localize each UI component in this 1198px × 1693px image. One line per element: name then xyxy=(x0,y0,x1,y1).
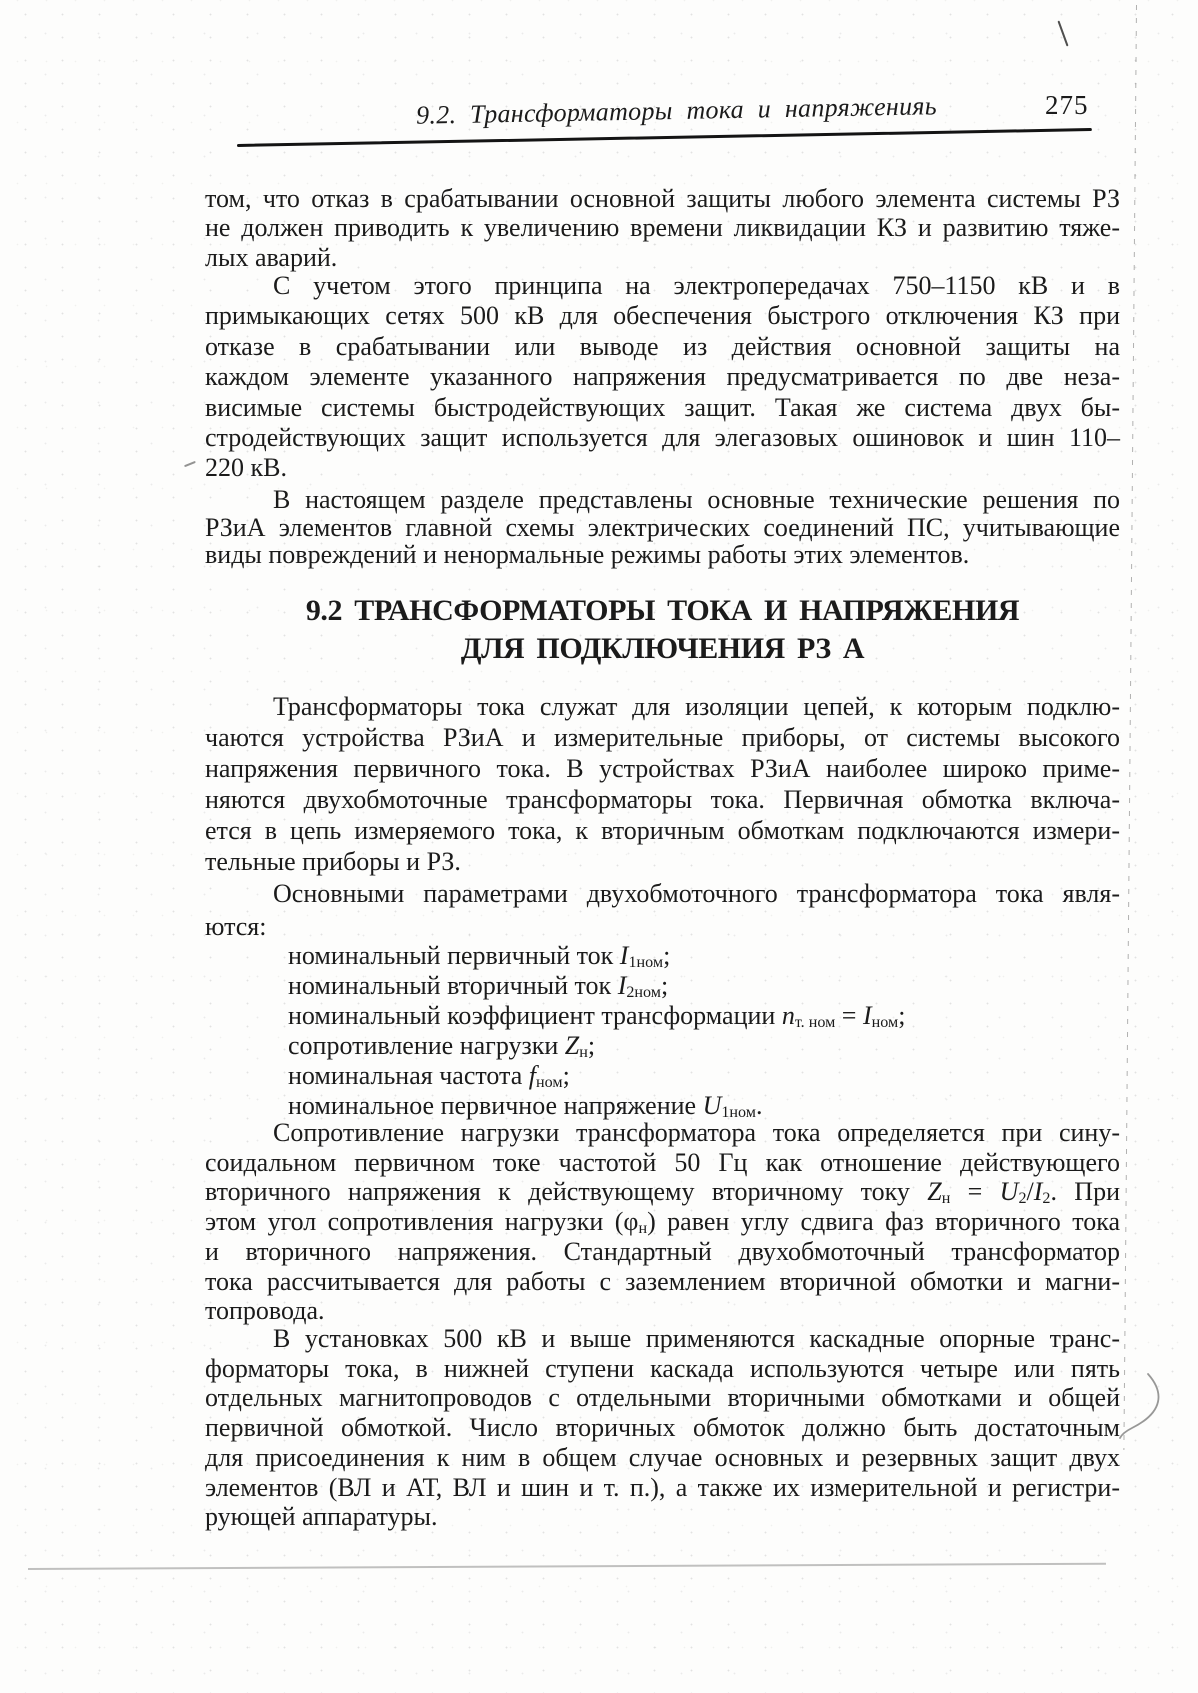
text-line: ется в цепь измеряемого тока, к вторичны… xyxy=(205,815,1120,846)
text-line: первичной обмоткой. Число вторичных обмо… xyxy=(205,1413,1120,1443)
text-line: ДЛЯ ПОДКЛЮЧЕНИЯ РЗ А xyxy=(205,630,1120,668)
text-line: тельные приборы и РЗ. xyxy=(205,846,1120,877)
text-line: лых аварий. xyxy=(205,243,1120,272)
para-ct-parameters-intro: Основными параметрами двухобмоточного тр… xyxy=(205,877,1120,943)
text-line: форматоры тока, в нижней ступени каскада… xyxy=(205,1354,1120,1384)
text-line: и вторичного напряжения. Стандартный дву… xyxy=(205,1237,1120,1267)
text-line: РЗиА элементов главной схемы электрическ… xyxy=(205,514,1120,542)
text-line: каждом элементе указанного напряжения пр… xyxy=(205,362,1120,392)
para-intro-continuation: том, что отказ в срабатывании основной з… xyxy=(205,184,1120,272)
section-heading: 9.2 ТРАНСФОРМАТОРЫ ТОКА И НАПРЯЖЕНИЯДЛЯ … xyxy=(205,592,1120,668)
text-line: тока рассчитывается для работы с заземле… xyxy=(205,1267,1120,1297)
text-line: рующей аппаратуры. xyxy=(205,1502,1120,1532)
para-cascade-ct: В установках 500 кВ и выше применяются к… xyxy=(205,1324,1120,1532)
text-line: В установках 500 кВ и выше применяются к… xyxy=(205,1324,1120,1354)
page-number: 275 xyxy=(1045,90,1089,121)
text-line: Трансформаторы тока служат для изоляции … xyxy=(205,691,1120,722)
scan-bottom-rule xyxy=(28,1563,1106,1570)
text-line: С учетом этого принципа на электропереда… xyxy=(205,271,1120,301)
para-load-impedance: Сопротивление нагрузки трансформатора то… xyxy=(205,1118,1120,1326)
parameter-list: номинальный первичный ток I1ном;номиналь… xyxy=(205,941,1120,1121)
text-line: номинальное первичное напряжение U1ном. xyxy=(205,1091,1120,1121)
text-line: топровода. xyxy=(205,1296,1120,1326)
scan-dashed-margin-line xyxy=(1123,5,1137,1450)
text-line: примыкающих сетях 500 кВ для обеспечения… xyxy=(205,301,1120,331)
text-line: номинальный вторичный ток I2ном; xyxy=(205,971,1120,1001)
text-line: соидальном первичном токе частотой 50 Гц… xyxy=(205,1148,1120,1178)
text-line: напряжения первичного тока. В устройства… xyxy=(205,753,1120,784)
text-line: этом угол сопротивления нагрузки (φн) ра… xyxy=(205,1207,1120,1237)
para-protection-principle: С учетом этого принципа на электропереда… xyxy=(205,271,1120,484)
text-line: ются: xyxy=(205,910,1120,943)
text-line: виды повреждений и ненормальные режимы р… xyxy=(205,541,1120,569)
text-line: 220 кВ. xyxy=(205,453,1120,483)
text-line: отдельных магнитопроводов с отдельными в… xyxy=(205,1383,1120,1413)
para-ct-purpose: Трансформаторы тока служат для изоляции … xyxy=(205,691,1120,877)
text-line: Сопротивление нагрузки трансформатора то… xyxy=(205,1118,1120,1148)
scan-dash-mark-left xyxy=(184,461,196,468)
para-section-intro: В настоящем разделе представлены основны… xyxy=(205,486,1120,569)
text-line: том, что отказ в срабатывании основной з… xyxy=(205,184,1120,213)
text-line: номинальный первичный ток I1ном; xyxy=(205,941,1120,971)
scan-mark-top-right xyxy=(1057,20,1068,46)
text-line: чаются устройства РЗиА и измерительные п… xyxy=(205,722,1120,753)
text-line: для присоединения к ним в общем случае о… xyxy=(205,1443,1120,1473)
text-line: Основными параметрами двухобмоточного тр… xyxy=(205,877,1120,910)
text-line: 9.2 ТРАНСФОРМАТОРЫ ТОКА И НАПРЯЖЕНИЯ xyxy=(205,592,1120,630)
text-line: вторичного напряжения к действующему вто… xyxy=(205,1177,1120,1207)
text-line: отказе в срабатывании или выводе из дейс… xyxy=(205,332,1120,362)
text-line: стродействующих защит используется для э… xyxy=(205,423,1120,453)
text-line: В настоящем разделе представлены основны… xyxy=(205,486,1120,514)
scan-curve-mark xyxy=(1118,1372,1166,1442)
text-line: элементов (ВЛ и АТ, ВЛ и шин и т. п.), а… xyxy=(205,1473,1120,1503)
text-line: не должен приводить к увеличению времени… xyxy=(205,213,1120,242)
text-line: висимые системы быстродействующих защит.… xyxy=(205,393,1120,423)
text-line: номинальная частота fном; xyxy=(205,1061,1120,1091)
running-head: 9.2. Трансформаторы тока и напряженияь xyxy=(219,88,1134,135)
text-line: няются двухобмоточные трансформаторы ток… xyxy=(205,784,1120,815)
book-page: 9.2. Трансформаторы тока и напряженияь 2… xyxy=(0,0,1198,1693)
text-line: номинальный коэффициент трансформации nт… xyxy=(205,1001,1120,1031)
text-line: сопротивление нагрузки Zн; xyxy=(205,1031,1120,1061)
